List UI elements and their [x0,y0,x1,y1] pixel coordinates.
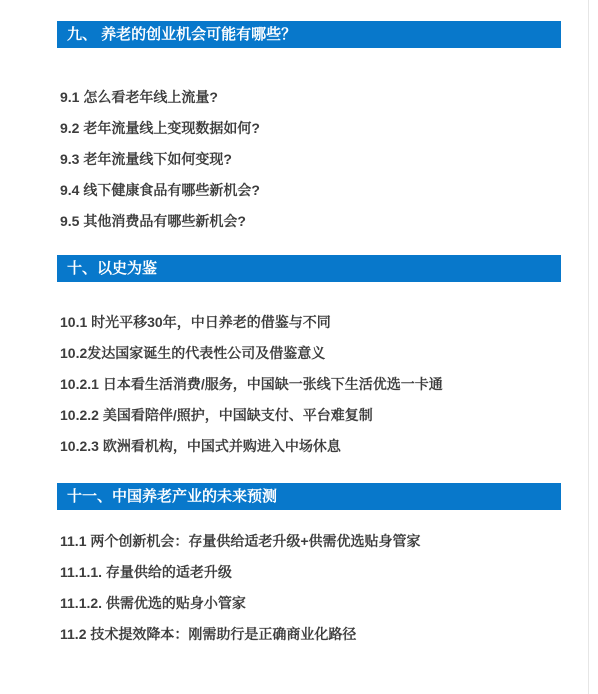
toc-item: 9.5 其他消费品有哪些新机会? [57,206,561,237]
toc-item: 9.3 老年流量线下如何变现? [57,144,561,175]
section-11-items: 11.1 两个创新机会：存量供给适老升级+供需优选贴身管家 11.1.1. 存量… [57,526,561,650]
toc-item: 10.2.2 美国看陪伴/照护，中国缺支付、平台难复制 [57,400,561,431]
section-heading-10: 十、以史为鉴 [57,255,561,282]
toc-content: 九、 养老的创业机会可能有哪些？ 9.1 怎么看老年线上流量? 9.2 老年流量… [57,21,561,650]
toc-item: 9.4 线下健康食品有哪些新机会? [57,175,561,206]
toc-item: 10.2发达国家诞生的代表性公司及借鉴意义 [57,338,561,369]
section-heading-9: 九、 养老的创业机会可能有哪些？ [57,21,561,48]
toc-item: 11.1 两个创新机会：存量供给适老升级+供需优选贴身管家 [57,526,561,557]
toc-item: 10.2.3 欧洲看机构，中国式并购进入中场休息 [57,431,561,462]
toc-item: 9.1 怎么看老年线上流量? [57,82,561,113]
toc-item: 11.1.2. 供需优选的贴身小管家 [57,588,561,619]
document-page: 九、 养老的创业机会可能有哪些？ 9.1 怎么看老年线上流量? 9.2 老年流量… [0,0,598,694]
section-9-items: 9.1 怎么看老年线上流量? 9.2 老年流量线上变现数据如何? 9.3 老年流… [57,82,561,237]
section-heading-11: 十一、中国养老产业的未来预测 [57,483,561,510]
toc-item: 10.2.1 日本看生活消费/服务，中国缺一张线下生活优选一卡通 [57,369,561,400]
page-right-border [588,0,589,694]
section-10-items: 10.1 时光平移30年，中日养老的借鉴与不同 10.2发达国家诞生的代表性公司… [57,307,561,462]
toc-item: 11.1.1. 存量供给的适老升级 [57,557,561,588]
toc-item: 11.2 技术提效降本：刚需助行是正确商业化路径 [57,619,561,650]
toc-item: 10.1 时光平移30年，中日养老的借鉴与不同 [57,307,561,338]
toc-item: 9.2 老年流量线上变现数据如何? [57,113,561,144]
